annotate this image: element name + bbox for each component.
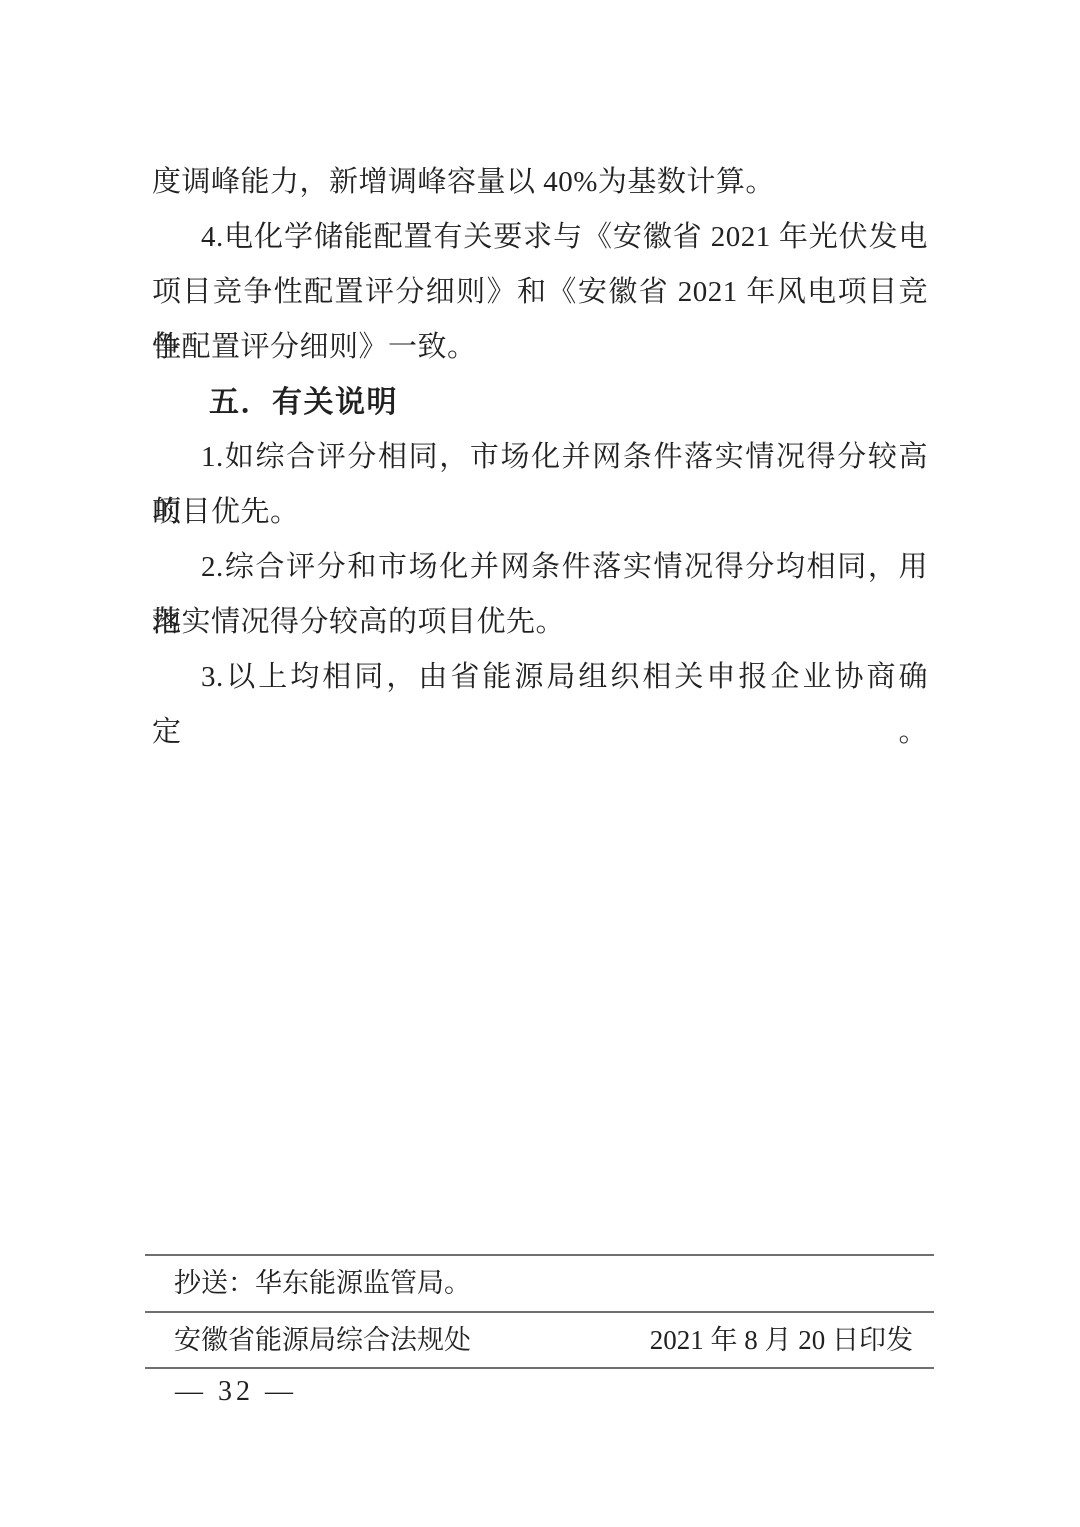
body-text-line: 1.如综合评分相同，市场化并网条件落实情况得分较高的 [152,430,928,485]
page-number: — 32 — [175,1376,297,1407]
body-text-line: 度调峰能力，新增调峰容量以 40%为基数计算。 [152,155,928,210]
cc-row: 抄送：华东能源监管局。 [145,1254,934,1311]
page-number-row: — 32 — [145,1369,934,1408]
document-body: 度调峰能力，新增调峰容量以 40%为基数计算。4.电化学储能配置有关要求与《安徽… [152,155,928,705]
body-text-line: 2.综合评分和市场化并网条件落实情况得分均相同，用地 [152,540,928,595]
section-heading: 五．有关说明 [152,375,928,430]
issuer-row: 安徽省能源局综合法规处 2021 年 8 月 20 日印发 [145,1311,934,1369]
cc-line: 抄送：华东能源监管局。 [174,1268,471,1298]
body-text-line: 4.电化学储能配置有关要求与《安徽省 2021 年光伏发电 [152,210,928,265]
body-text-line: 3.以上均相同，由省能源局组织相关申报企业协商确定。 [152,650,928,705]
document-page: 度调峰能力，新增调峰容量以 40%为基数计算。4.电化学储能配置有关要求与《安徽… [0,0,1080,1527]
body-text-line: 落实情况得分较高的项目优先。 [152,595,928,650]
body-text-line: 项目优先。 [152,485,928,540]
document-footer: 抄送：华东能源监管局。 安徽省能源局综合法规处 2021 年 8 月 20 日印… [145,1254,934,1408]
body-text-line: 项目竞争性配置评分细则》和《安徽省 2021 年风电项目竞争 [152,265,928,320]
print-date: 2021 年 8 月 20 日印发 [650,1313,913,1367]
issuing-department: 安徽省能源局综合法规处 [174,1313,471,1367]
body-text-line: 性配置评分细则》一致。 [152,320,928,375]
